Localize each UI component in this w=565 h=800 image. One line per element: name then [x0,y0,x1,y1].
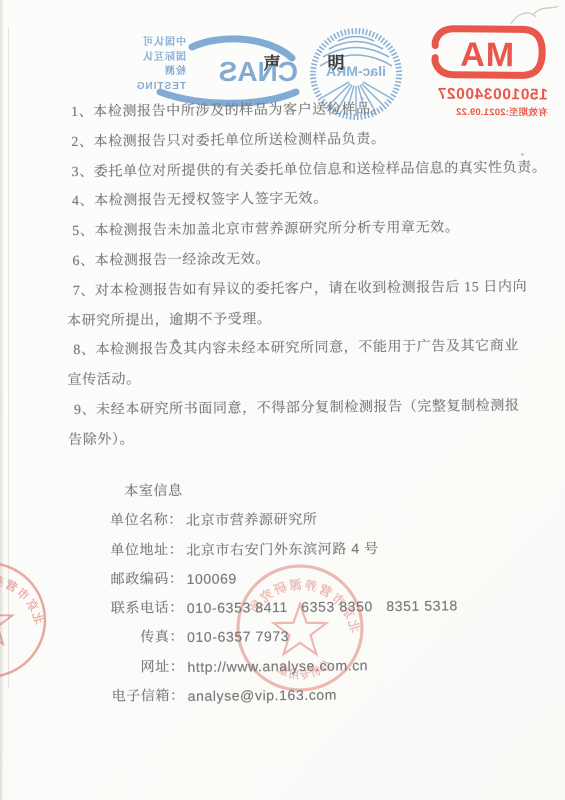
statement-line: 9、未经本研究所书面同意，不得部分复制检测报告（完整复制检测报 [68,391,546,425]
contact-label: 邮政编码： [63,565,183,595]
contact-label: 传真： [64,623,184,653]
contact-value: 010-6353 8411 6353 8350 8351 5318 [187,592,458,624]
title-char: 声 [263,49,280,74]
contact-label: 联系电话： [64,594,184,624]
contact-row: 传真： 010-6357 7973 [64,620,544,654]
contact-value: 010-6357 7973 [187,622,289,652]
contact-row: 单位名称： 北京市营养源研究所 [63,503,543,537]
contact-value: analyse@vip.163.com [188,681,338,712]
contact-value: 北京市右安门外东滨河路 4 号 [186,534,379,565]
contact-heading-row: 本室信息 [63,474,543,508]
statement-line: 7、对本检测报告如有异议的委托客户，请在收到检测报告后 15 日内向 [67,272,545,306]
contact-label: 网址： [64,653,184,683]
contact-info-block: 本室信息 单位名称： 北京市营养源研究所 单位地址： 北京市右安门外东滨河路 4… [63,474,545,713]
scanned-document-page: CNAS 中国认可 国际互认 检测 TESTING [0,0,565,800]
contact-row: 网址： http://www.analyse.com.cn [64,649,544,683]
contact-value: 100069 [186,564,237,594]
statement-title: 声 明 [263,48,344,74]
statement-line: 8、本检测报告及其内容未经本研究所同意，不能用于广告及其它商业 [67,332,545,366]
statement-list: 1、本检测报告中所涉及的样品为客户送检样品。 2、本检测报告只对委托单位所送检测… [65,94,546,456]
contact-row: 邮政编码： 100069 [63,561,543,595]
statement-line: 告除外）。 [68,421,546,455]
contact-label: 单位地址： [63,536,183,566]
statement-line: 1、本检测报告中所涉及的样品为客户送检样品。 [65,94,543,128]
contact-row: 电子信箱： analyse@vip.163.com [65,679,545,713]
contact-row: 联系电话： 010-6353 8411 6353 8350 8351 5318 [64,591,544,625]
contact-label: 电子信箱： [65,682,185,712]
statement-line: 本研究所提出，逾期不予受理。 [67,302,545,336]
statement-line: 3、委托单位对所提供的有关委托单位信息和送检样品信息的真实性负责。 [66,153,544,187]
statement-line: 4、本检测报告无授权签字人签字无效。 [66,183,544,217]
contact-row: 单位地址： 北京市右安门外东滨河路 4 号 [63,532,543,566]
statement-line: 2、本检测报告只对委托单位所送检测样品负责。 [65,123,543,157]
title-char: 明 [327,48,344,73]
statement-line: 宣传活动。 [68,362,546,396]
document-content: 声 明 1、本检测报告中所涉及的样品为客户送检样品。 2、本检测报告只对委托单位… [0,0,565,800]
statement-line: 5、本检测报告未加盖北京市营养源研究所分析专用章无效。 [66,213,544,247]
contact-value: 北京市营养源研究所 [186,505,318,536]
contact-value: http://www.analyse.com.cn [187,651,368,682]
statement-line: 6、本检测报告一经涂改无效。 [66,242,544,276]
contact-label: 单位名称： [63,506,183,536]
contact-heading: 本室信息 [63,477,183,507]
